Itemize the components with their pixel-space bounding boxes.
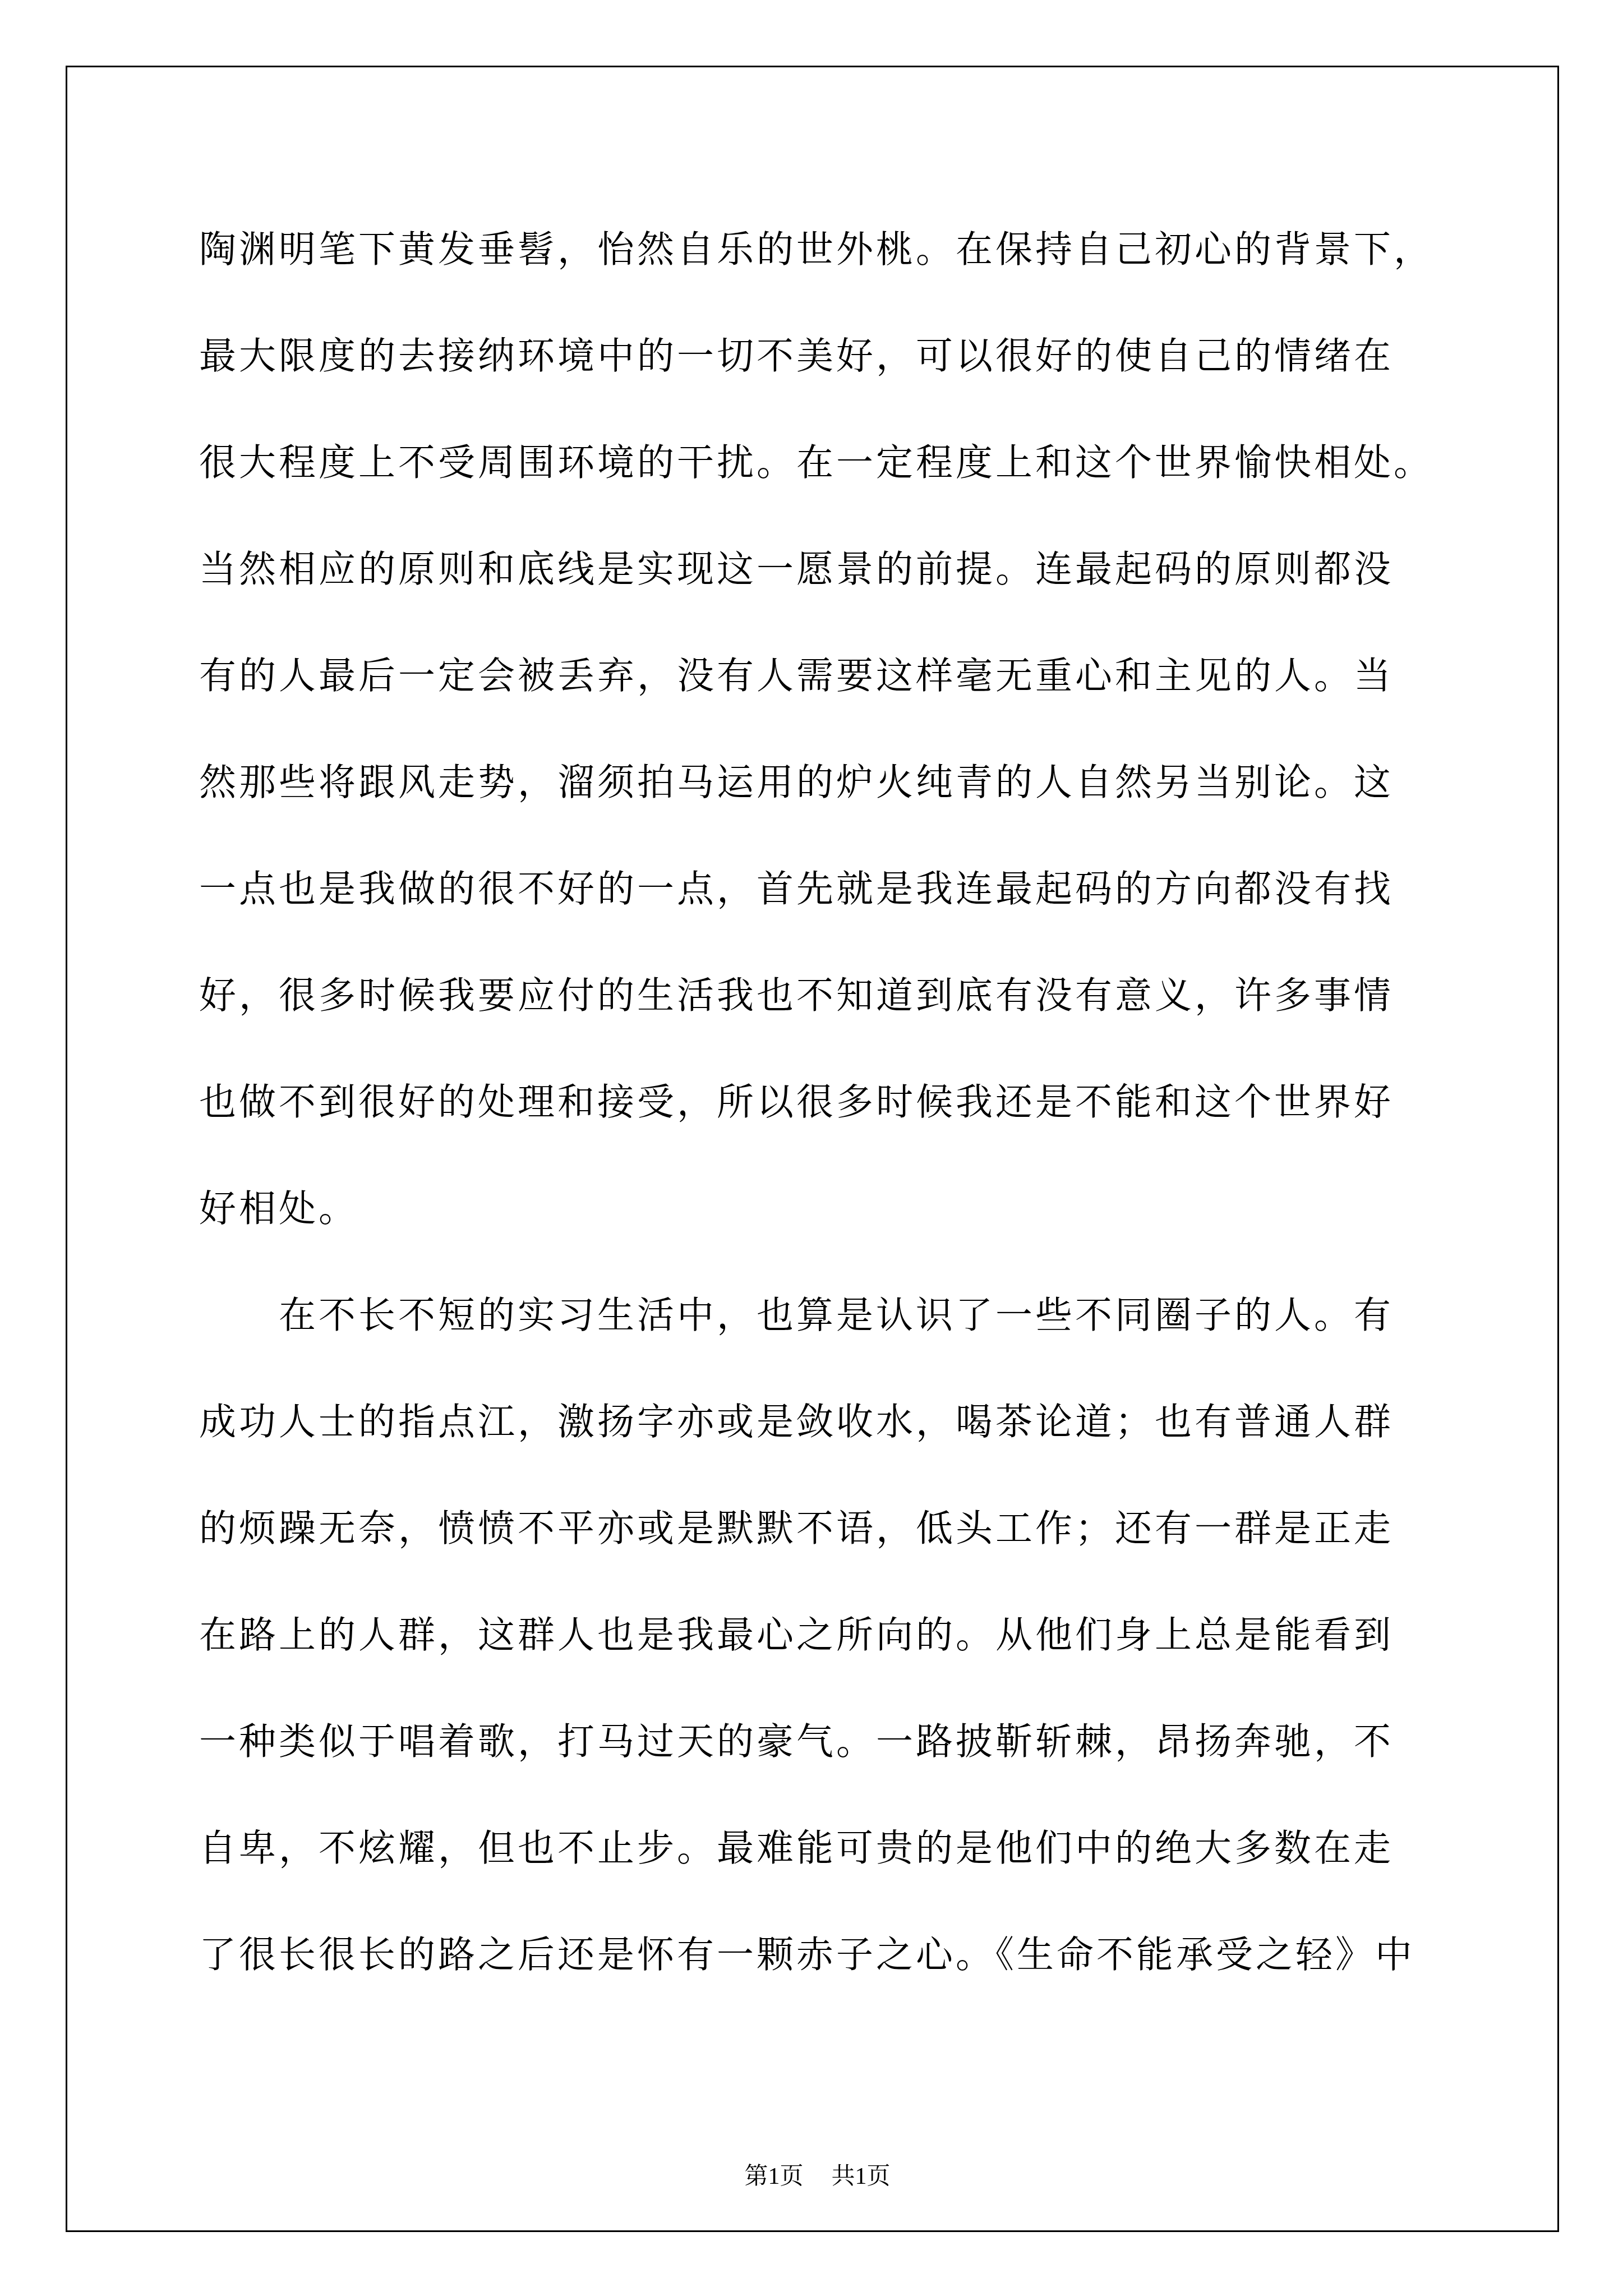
paragraph-2-line-5: 一种类似于唱着歌，打马过天的豪气。一路披靳斩棘，昂扬奔驰，不 (199, 1714, 1394, 1770)
paragraph-2-line-3: 的烦躁无奈，愤愤不平亦或是默默不语，低头工作；还有一群是正走 (199, 1501, 1394, 1557)
page-border (66, 66, 1559, 2232)
current-page-label: 第1页 (744, 2161, 803, 2192)
paragraph-1-line-10: 好相处。 (199, 1181, 358, 1237)
paragraph-1-line-6: 然那些将跟风走势，溜须拍马运用的炉火纯青的人自然另当别论。这 (199, 754, 1394, 811)
paragraph-1-line-2: 最大限度的去接纳环境中的一切不美好，可以很好的使自己的情绪在 (199, 328, 1394, 384)
page-footer: 第1页共1页 (0, 2129, 1623, 2192)
total-pages-label: 共1页 (832, 2161, 891, 2192)
paragraph-1-line-5: 有的人最后一定会被丢弃，没有人需要这样毫无重心和主见的人。当 (199, 648, 1394, 704)
paragraph-1-line-7: 一点也是我做的很不好的一点，首先就是我连最起码的方向都没有找 (199, 861, 1394, 917)
paragraph-1-line-8: 好，很多时候我要应付的生活我也不知道到底有没有意义，许多事情 (199, 968, 1394, 1024)
paragraph-2-line-2: 成功人士的指点江，激扬字亦或是敛收水，喝茶论道；也有普通人群 (199, 1394, 1394, 1450)
paragraph-2-line-7: 了很长很长的路之后还是怀有一颗赤子之心。《生命不能承受之轻》中 (199, 1927, 1415, 1983)
paragraph-1-line-9: 也做不到很好的处理和接受，所以很多时候我还是不能和这个世界好 (199, 1074, 1394, 1130)
paragraph-2-line-6: 自卑，不炫耀，但也不止步。最难能可贵的是他们中的绝大多数在走 (199, 1820, 1394, 1876)
paragraph-1-line-3: 很大程度上不受周围环境的干扰。在一定程度上和这个世界愉快相处。 (199, 435, 1433, 491)
paragraph-2-line-4: 在路上的人群，这群人也是我最心之所向的。从他们身上总是能看到 (199, 1607, 1394, 1663)
paragraph-1-line-1: 陶渊明笔下黄发垂髫，怡然自乐的世外桃。在保持自己初心的背景下， (199, 222, 1433, 278)
paragraph-2-line-1: 在不长不短的实习生活中，也算是认识了一些不同圈子的人。有 (279, 1287, 1394, 1343)
paragraph-1-line-4: 当然相应的原则和底线是实现这一愿景的前提。连最起码的原则都没 (199, 541, 1394, 597)
